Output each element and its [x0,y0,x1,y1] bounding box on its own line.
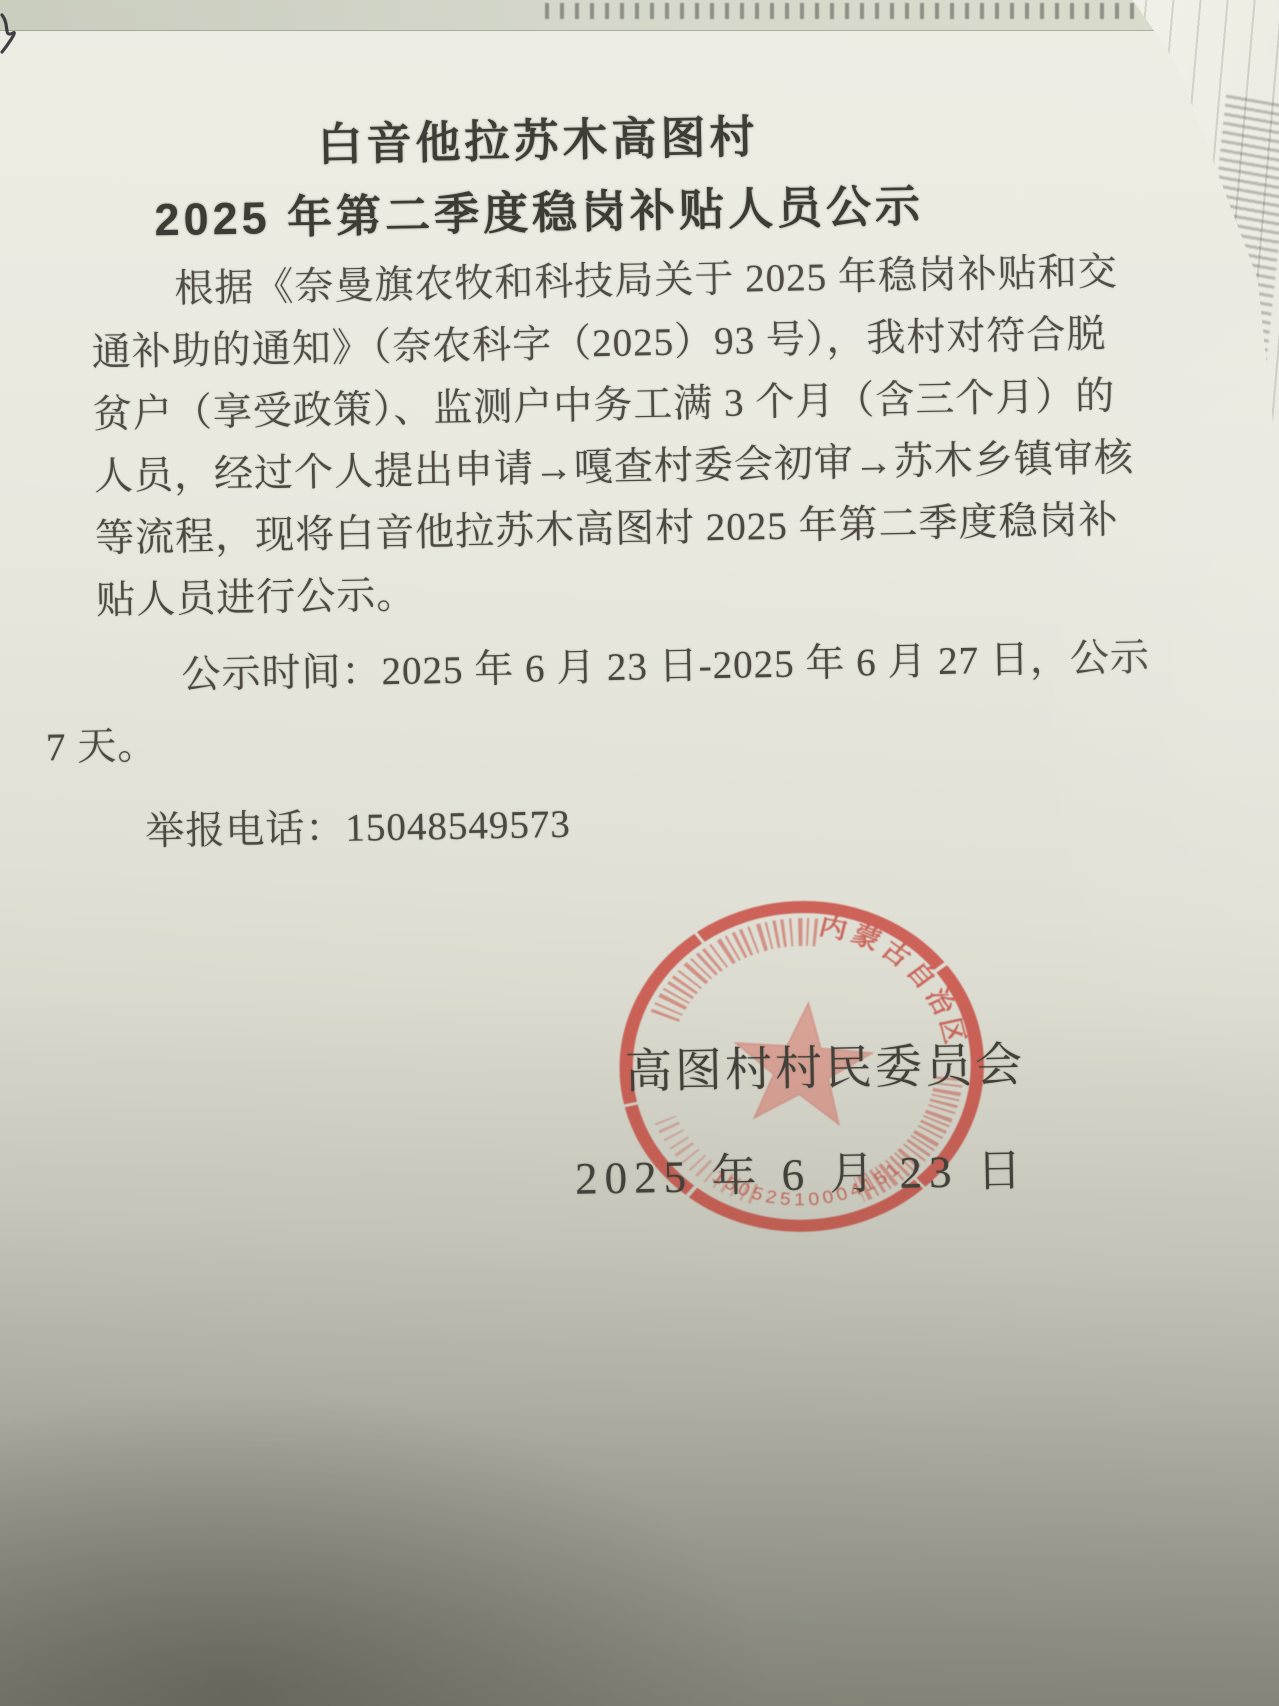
issue-date: 2025 年 6 月 23 日 [531,1133,1072,1208]
dense-small-text-block [1192,92,1279,427]
background-paper-edge [0,0,1279,31]
document-title-line2: 2025 年第二季度稳岗补贴人员公示 [34,167,1045,250]
publicity-period-line-2: 7 天。 [45,715,157,779]
body-paragraph: 根据《奈曼旗农牧和科技局关于 2025 年稳岗补贴和交 通补助的通知》（奈农科字… [90,243,1052,632]
photographed-notice-document: 内蒙古自治区 15052510004151 白音他拉苏木高图村 2025 年第二… [0,0,1279,1706]
publicity-period-line-1: 公示时间：2025 年 6 月 23 日-2025 年 6 月 27 日，公示 [97,627,1150,708]
handwritten-mark [0,10,26,60]
tiny-text-ticks [545,3,1145,19]
issuer-signature: 高图村村民委员会 [554,1026,1095,1103]
document-title-line1: 白音他拉苏木高图村 [32,95,1043,178]
report-phone-line: 举报电话：15048549573 [100,794,571,865]
